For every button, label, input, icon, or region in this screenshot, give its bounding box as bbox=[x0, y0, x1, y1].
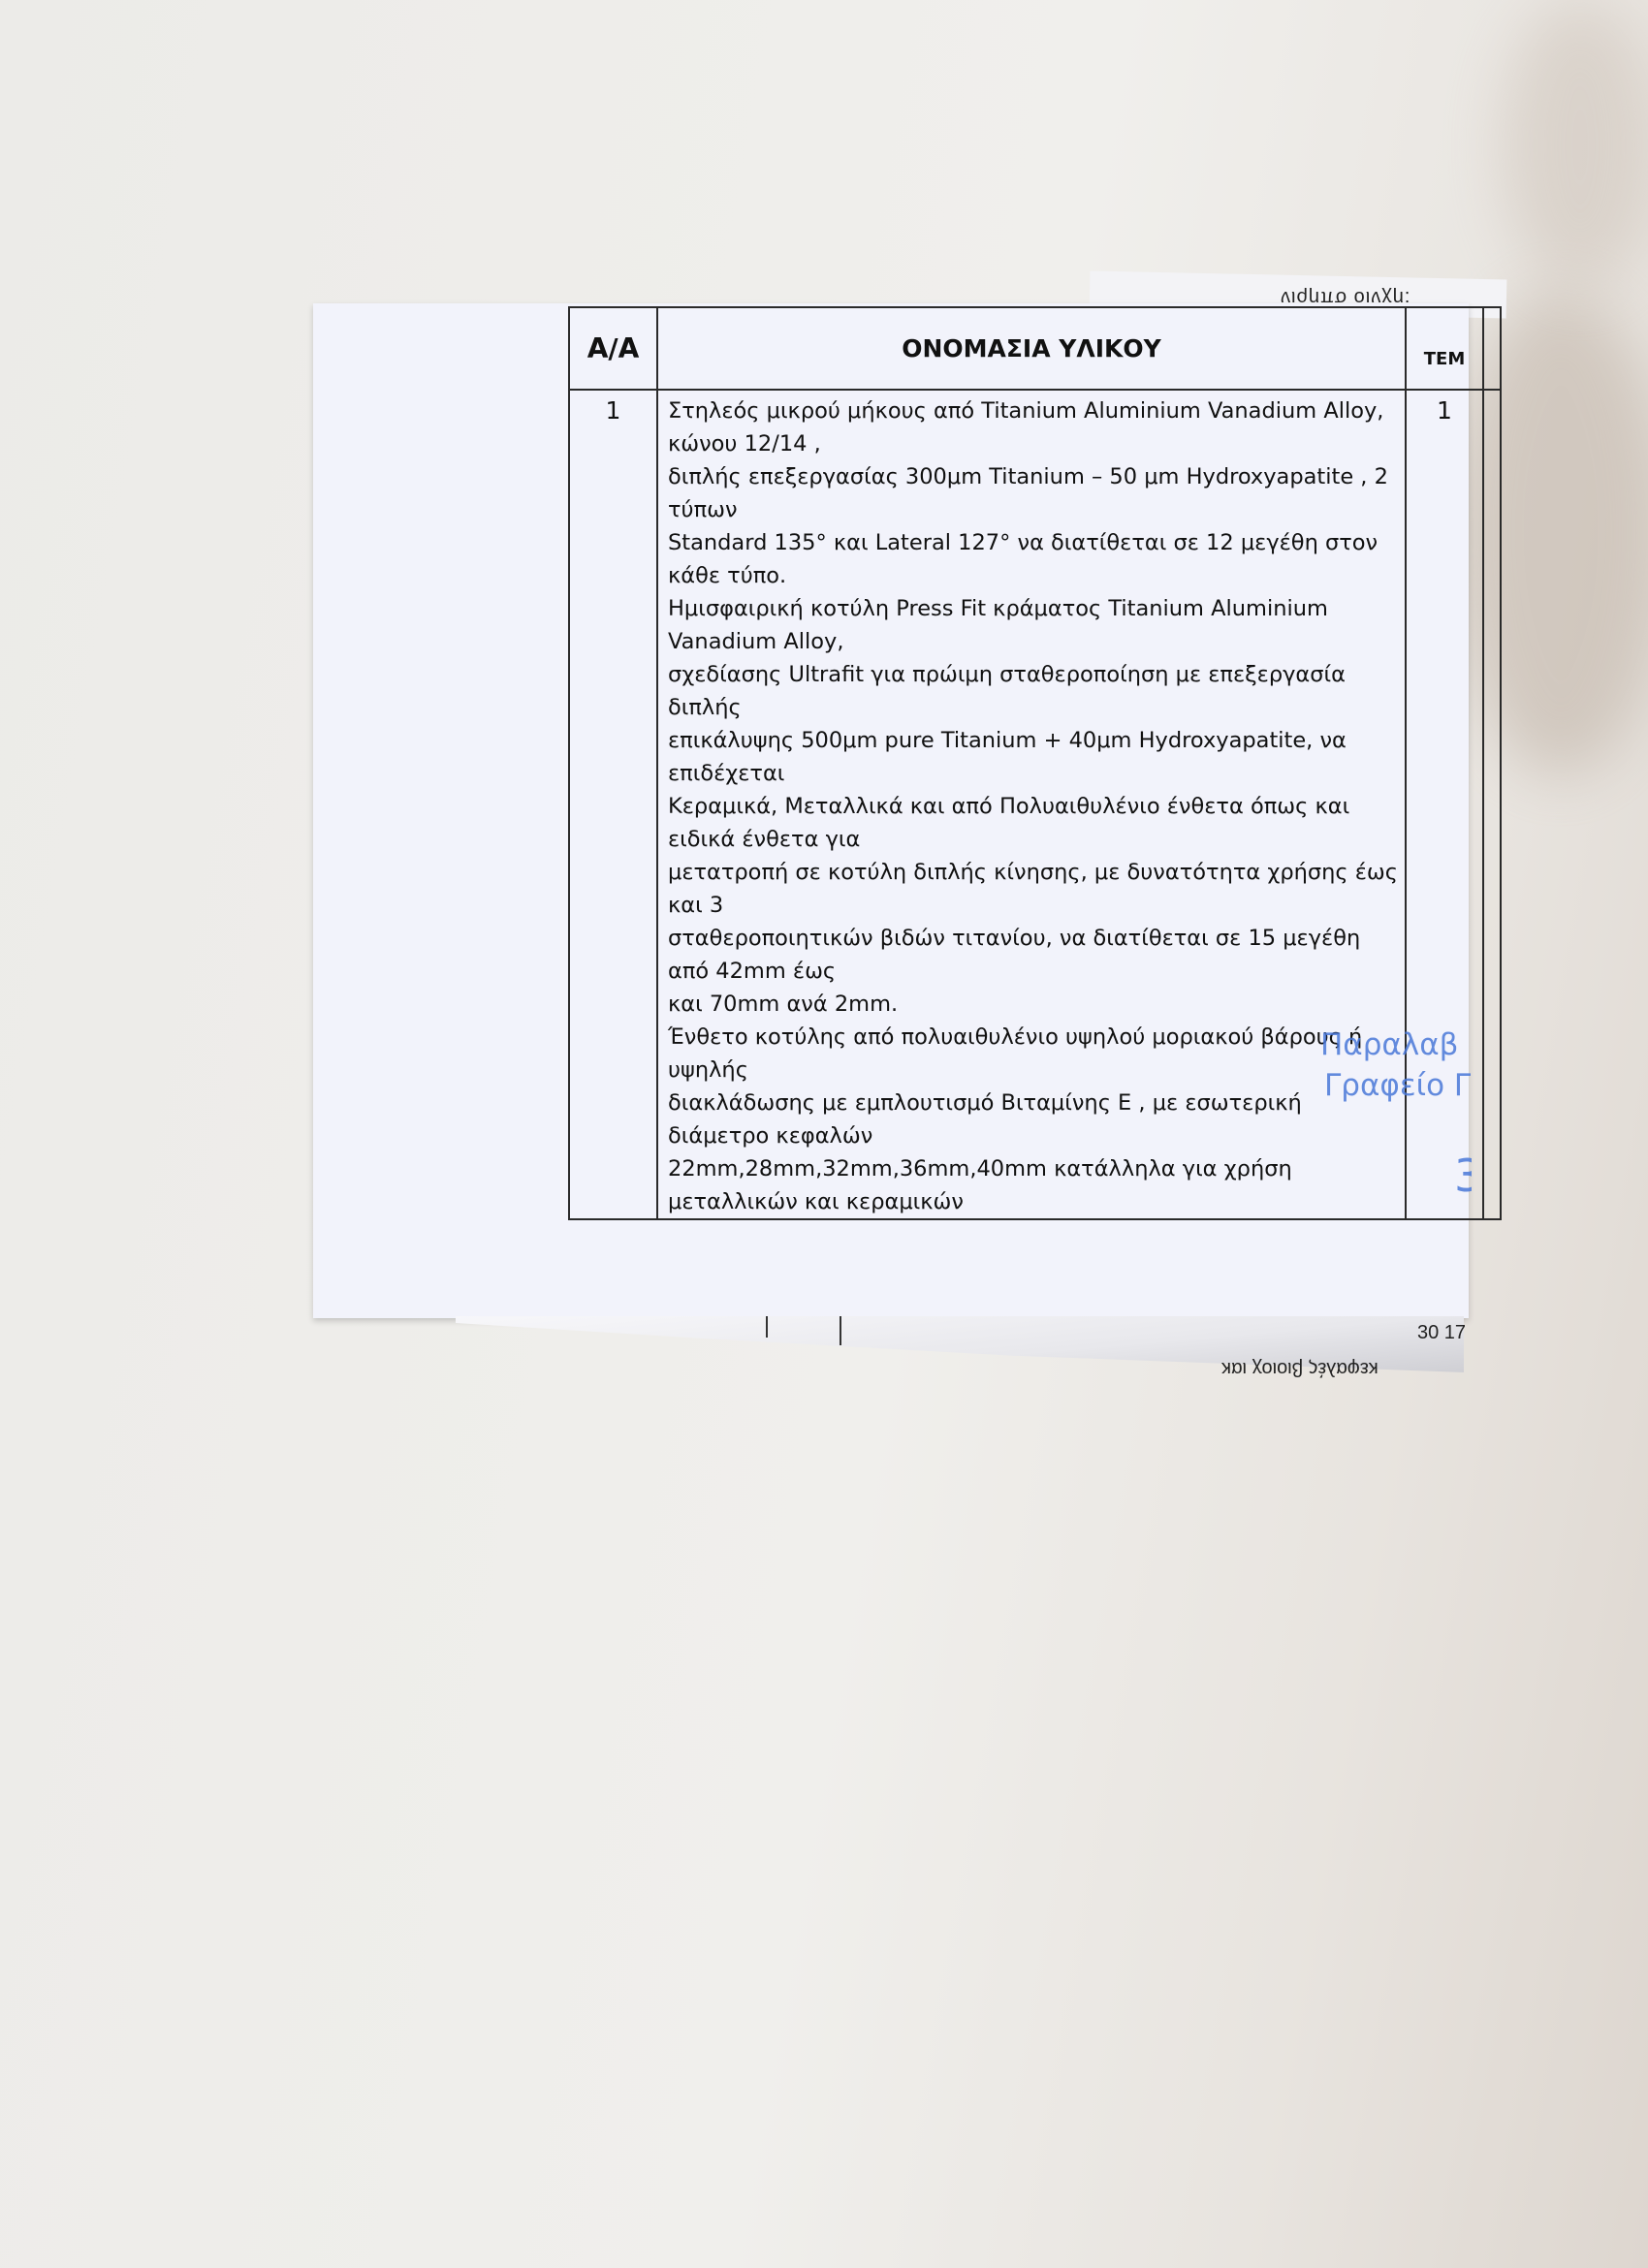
description-line: Στηλεός μικρού μήκους από Titanium Alumi… bbox=[668, 394, 1399, 427]
fold-table-line bbox=[766, 1316, 768, 1338]
header-extra-column bbox=[1483, 307, 1501, 390]
description-line: επικάλυψης 500μm pure Titanium + 40μm Hy… bbox=[668, 724, 1399, 757]
table-header-row: Α/Α ΟΝΟΜΑΣΙΑ ΥΛΙΚΟΥ ΤΕΜ bbox=[569, 307, 1501, 390]
description-line: διάμετρο κεφαλών bbox=[668, 1119, 1399, 1152]
description-line: κάθε τύπο. bbox=[668, 559, 1399, 592]
stamp-line-1: Παραλαβ bbox=[1320, 1027, 1472, 1062]
header-material-name: ΟΝΟΜΑΣΙΑ ΥΛΙΚΟΥ bbox=[657, 307, 1406, 390]
description-line: μεταλλικών και κεραμικών bbox=[668, 1185, 1399, 1218]
description-line: μετατροπή σε κοτύλη διπλής κίνησης, με δ… bbox=[668, 856, 1399, 889]
stamp-line-2: Γραφείο Γ bbox=[1324, 1068, 1472, 1103]
description-line: διπλής bbox=[668, 691, 1399, 724]
header-quantity: ΤΕΜ bbox=[1406, 307, 1483, 390]
stamp-signature: 3 bbox=[1454, 1150, 1472, 1202]
description-line: από 42mm έως bbox=[668, 955, 1399, 988]
description-line: σταθεροποιητικών βιδών τιτανίου, να διατ… bbox=[668, 922, 1399, 955]
extra-cell bbox=[1483, 390, 1501, 1219]
description-line: Ημισφαιρική κοτύλη Press Fit κράματος Ti… bbox=[668, 592, 1399, 625]
fold-table-line bbox=[840, 1316, 841, 1345]
row-number: 1 bbox=[569, 390, 657, 1219]
material-description: Στηλεός μικρού μήκους από Titanium Alumi… bbox=[657, 390, 1406, 1219]
description-line: τύπων bbox=[668, 493, 1399, 526]
description-line: Vanadium Alloy, bbox=[668, 625, 1399, 658]
description-line: Κεραμικά, Μεταλλικά και από Πολυαιθυλένι… bbox=[668, 790, 1399, 823]
description-line: διακλάδωσης με εμπλουτισμό Βιταμίνης Ε ,… bbox=[668, 1087, 1399, 1119]
description-line: σχεδίασης Ultrafit για πρώιμη σταθεροποί… bbox=[668, 658, 1399, 691]
description-line: υψηλής bbox=[668, 1054, 1399, 1087]
description-line: διπλής επεξεργασίας 300μm Titanium – 50 … bbox=[668, 460, 1399, 493]
description-line: κώνου 12/14 , bbox=[668, 427, 1399, 460]
description-line: 22mm,28mm,32mm,36mm,40mm κατάλληλα για χ… bbox=[668, 1152, 1399, 1185]
underlying-page-number: 30 17 bbox=[1417, 1322, 1466, 1344]
underlying-flipped-text: κεφαλές βιοιοχ ιακ bbox=[1221, 1357, 1379, 1379]
description-line: και 70mm ανά 2mm. bbox=[668, 988, 1399, 1021]
stain bbox=[1503, 0, 1648, 291]
description-line: Standard 135° και Lateral 127° να διατίθ… bbox=[668, 526, 1399, 559]
description-line: επιδέχεται bbox=[668, 757, 1399, 790]
description-line: Ένθετο κοτύλης από πολυαιθυλένιο υψηλού … bbox=[668, 1021, 1399, 1054]
header-aa: Α/Α bbox=[569, 307, 657, 390]
description-line: και 3 bbox=[668, 889, 1399, 922]
description-line: ειδικά ένθετα για bbox=[668, 823, 1399, 856]
